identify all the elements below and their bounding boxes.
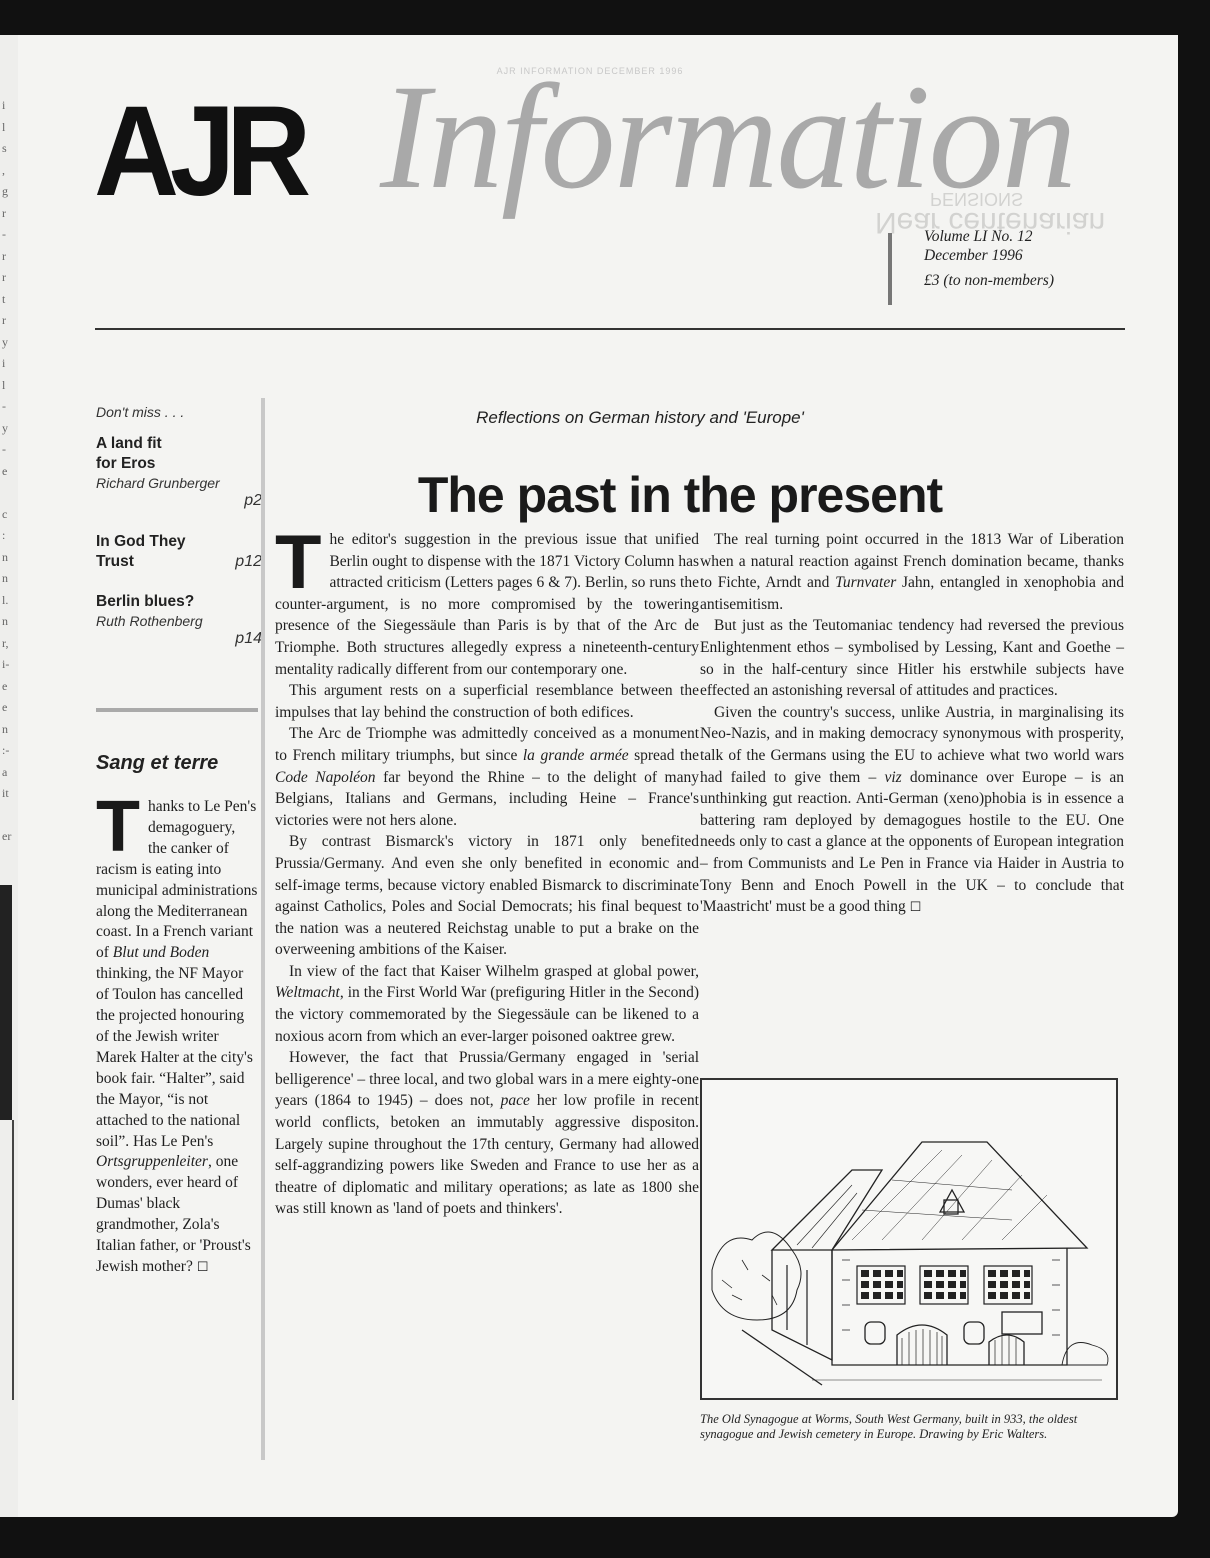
synagogue-illustration-icon <box>702 1080 1116 1398</box>
promo-page: p2 <box>96 492 262 510</box>
promo-author: Richard Grunberger <box>96 474 264 492</box>
issue-date: December 1996 <box>924 247 1023 264</box>
sidebar-divider <box>96 708 258 712</box>
promo-item[interactable]: Berlin blues? Ruth Rothenberg p14 <box>96 592 264 648</box>
dont-miss-sidebar: Don't miss . . . A land fit for Eros Ric… <box>96 404 264 648</box>
adjacent-page-dark-strip <box>0 885 12 1120</box>
adjacent-page-letters: ils,gr-rrtryil-y-ec:nnl.nr,i-een:-aiter <box>2 95 16 848</box>
column-divider <box>261 398 265 1460</box>
issue-info: Volume LI No. 12 December 1996 £3 (to no… <box>924 227 1054 290</box>
masthead-rule <box>95 328 1125 330</box>
promo-title: In God They <box>96 532 264 552</box>
article-headline: The past in the present <box>270 470 1090 520</box>
figure-caption: The Old Synagogue at Worms, South West G… <box>700 1412 1124 1442</box>
promo-title: Trust <box>96 552 134 572</box>
sang-et-terre-body: Thanks to Le Pen's demagoguery, the cank… <box>96 797 258 1279</box>
end-mark-icon: ☐ <box>910 900 922 915</box>
sang-et-terre-title: Sang et terre <box>96 752 218 775</box>
promo-item[interactable]: In God They Trust p12 <box>96 532 264 572</box>
article-kicker: Reflections on German history and 'Europ… <box>280 408 1000 428</box>
promo-title: A land fit <box>96 434 264 454</box>
masthead-information: Information <box>380 62 1075 212</box>
promo-page: p12 <box>235 553 262 571</box>
article-column-2: The real turning point occurred in the 1… <box>700 529 1124 919</box>
issue-volume: Volume LI No. 12 <box>924 228 1033 245</box>
masthead-ajr-logo: AJR <box>94 88 302 216</box>
issue-price: £3 (to non-members) <box>924 271 1054 290</box>
drop-cap: T <box>275 533 321 593</box>
adjacent-page-line <box>12 1120 14 1400</box>
promo-title: Berlin blues? <box>96 592 264 612</box>
end-mark-icon: ☐ <box>197 1260 209 1275</box>
promo-title: for Eros <box>96 454 264 474</box>
synagogue-drawing <box>700 1078 1118 1400</box>
promo-page: p14 <box>96 630 262 648</box>
drop-cap: T <box>96 799 140 855</box>
promo-item[interactable]: A land fit for Eros Richard Grunberger p… <box>96 434 264 510</box>
promo-author: Ruth Rothenberg <box>96 612 264 630</box>
dont-miss-label: Don't miss . . . <box>96 404 264 420</box>
issue-info-bar <box>888 233 892 305</box>
article-column-1: The editor's suggestion in the previous … <box>275 529 699 1220</box>
